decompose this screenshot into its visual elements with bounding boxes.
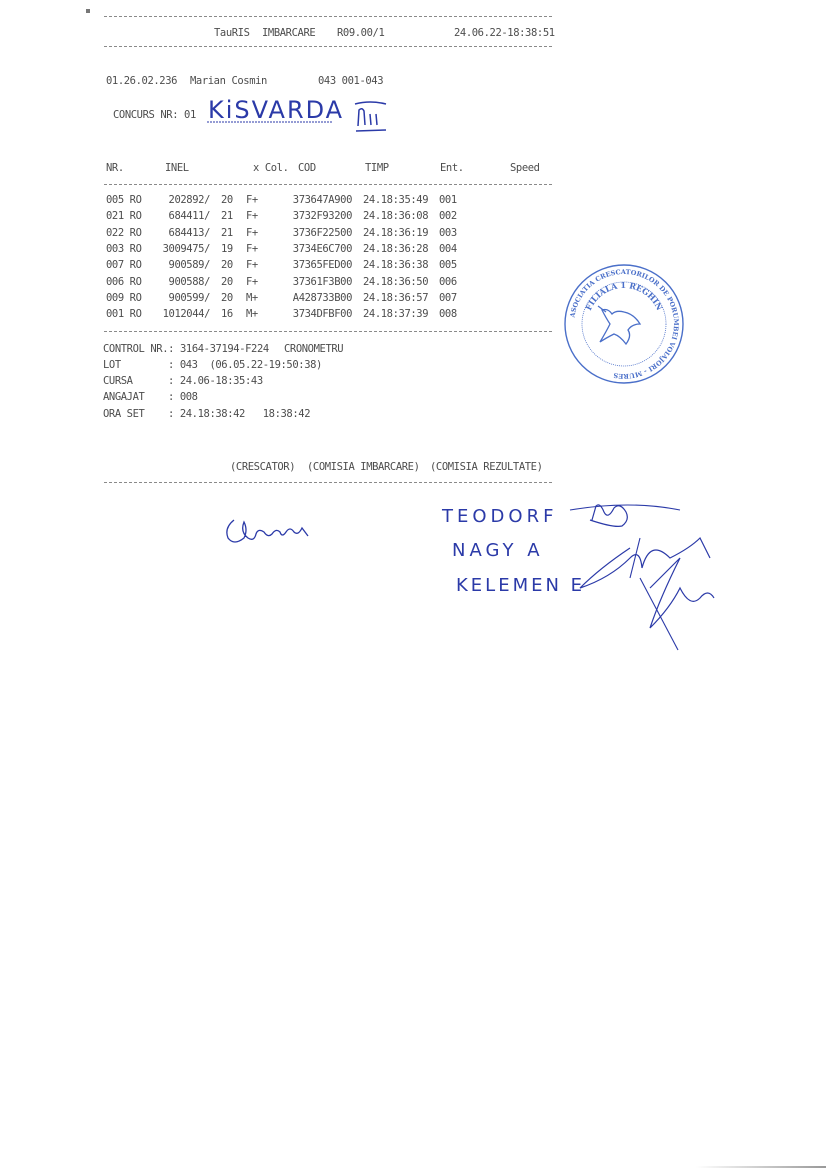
control-label: CONTROL NR.: [103, 343, 174, 355]
program-name: TauRIS [214, 27, 250, 39]
cell-ent: 006 [439, 276, 457, 288]
cell-cod: A428733B00 [293, 292, 352, 304]
dove-icon [598, 306, 640, 344]
cell-year: 21 [221, 210, 233, 222]
table-header-rule [104, 184, 552, 185]
cell-inel: 900589/ [169, 259, 210, 271]
cell-cod: 3732F93200 [293, 210, 352, 222]
commission-name-3: KELEMEN E [456, 575, 585, 596]
cell-sex: F+ [246, 243, 258, 255]
cell-inel: 202892/ [169, 194, 210, 206]
cursa-value: : 24.06-18:35:43 [168, 375, 263, 387]
cell-nr: 009 RO [106, 292, 142, 304]
col-ent: Ent. [440, 162, 464, 174]
fancier-name: Marian Cosmin [190, 75, 267, 87]
cell-ent: 001 [439, 194, 457, 206]
commission-name-1: TEODORF [442, 506, 557, 527]
version: R09.00/1 [337, 27, 384, 39]
cell-cod: 37361F3B00 [293, 276, 352, 288]
table-bottom-rule [104, 331, 552, 332]
cell-year: 20 [221, 194, 233, 206]
cell-timp: 24.18:36:38 [363, 259, 428, 271]
handwritten-underline [205, 120, 335, 124]
device-label: CRONOMETRU [284, 343, 343, 355]
cell-inel: 900588/ [169, 276, 210, 288]
cell-inel: 684413/ [169, 227, 210, 239]
cell-sex: F+ [246, 259, 258, 271]
cell-nr: 021 RO [106, 210, 142, 222]
fancier-code: 01.26.02.236 [106, 75, 177, 87]
header-rule [104, 46, 552, 47]
cell-nr: 001 RO [106, 308, 142, 320]
label-comisia-rezultate: (COMISIA REZULTATE) [430, 461, 543, 473]
table-row: 022 RO684413/21F+3736F2250024.18:36:1900… [0, 227, 826, 240]
cell-nr: 006 RO [106, 276, 142, 288]
label-crescator: (CRESCATOR) [230, 461, 295, 473]
crescator-signature [222, 510, 317, 550]
col-speed: Speed [510, 162, 540, 174]
ora-set-label: ORA SET [103, 408, 144, 420]
cell-ent: 005 [439, 259, 457, 271]
cell-timp: 24.18:35:49 [363, 194, 428, 206]
table-row: 009 RO900599/20M+A428733B0024.18:36:5700… [0, 292, 826, 305]
cell-sex: M+ [246, 308, 258, 320]
cell-nr: 003 RO [106, 243, 142, 255]
printed-at: 24.06.22-18:38:51 [454, 27, 555, 39]
commission-signatures-scribbles [570, 498, 720, 658]
cursa-label: CURSA [103, 375, 133, 387]
scan-mark [86, 9, 90, 13]
cell-nr: 005 RO [106, 194, 142, 206]
table-row: 003 RO3009475/19F+3734E6C70024.18:36:280… [0, 243, 826, 256]
col-timp: TIMP [365, 162, 389, 174]
cell-year: 21 [221, 227, 233, 239]
cell-timp: 24.18:36:50 [363, 276, 428, 288]
commission-name-2: NAGY A [452, 540, 544, 561]
association-stamp: ASOCIATIA CRESCATORILOR DE PORUMBEI VOIA… [562, 262, 686, 386]
cell-timp: 24.18:36:08 [363, 210, 428, 222]
cell-timp: 24.18:36:19 [363, 227, 428, 239]
cell-nr: 007 RO [106, 259, 142, 271]
cell-cod: 3734DFBF00 [293, 308, 352, 320]
control-value: 3164-37194-F224 [180, 343, 269, 355]
ora-set-value: : 24.18:38:42 18:38:42 [168, 408, 310, 420]
cell-timp: 24.18:36:28 [363, 243, 428, 255]
cell-timp: 24.18:37:39 [363, 308, 428, 320]
table-row: 021 RO684411/21F+3732F9320024.18:36:0800… [0, 210, 826, 223]
angajat-label: ANGAJAT [103, 391, 144, 403]
top-rule [104, 16, 552, 17]
cell-year: 20 [221, 276, 233, 288]
cell-year: 20 [221, 292, 233, 304]
cell-year: 16 [221, 308, 233, 320]
lot-label: LOT [103, 359, 121, 371]
cell-ent: 007 [439, 292, 457, 304]
doc-type: IMBARCARE [262, 27, 315, 39]
cell-sex: F+ [246, 210, 258, 222]
cell-sex: F+ [246, 276, 258, 288]
cell-nr: 022 RO [106, 227, 142, 239]
lot-value: : 043 (06.05.22-19:50:38) [168, 359, 322, 371]
col-x-col: x Col. [253, 162, 289, 174]
table-row: 001 RO1012044/16M+3734DFBF0024.18:37:390… [0, 308, 826, 321]
cell-cod: 3736F22500 [293, 227, 352, 239]
cell-year: 20 [221, 259, 233, 271]
col-inel: INEL [165, 162, 189, 174]
col-nr: NR. [106, 162, 124, 174]
cell-cod: 373647A900 [293, 194, 352, 206]
cell-sex: M+ [246, 292, 258, 304]
cell-inel: 1012044/ [163, 308, 210, 320]
cell-cod: 37365FED00 [293, 259, 352, 271]
cell-inel: 900599/ [169, 292, 210, 304]
cell-inel: 3009475/ [163, 243, 210, 255]
lot-range: 043 001-043 [318, 75, 383, 87]
signature-rule [104, 482, 552, 483]
cell-year: 19 [221, 243, 233, 255]
cell-sex: F+ [246, 227, 258, 239]
cell-ent: 008 [439, 308, 457, 320]
label-comisia-imbarcare: (COMISIA IMBARCARE) [307, 461, 420, 473]
cell-sex: F+ [246, 194, 258, 206]
cell-ent: 004 [439, 243, 457, 255]
col-cod: COD [298, 162, 316, 174]
cell-inel: 684411/ [169, 210, 210, 222]
table-row: 006 RO900588/20F+37361F3B0024.18:36:5000… [0, 276, 826, 289]
cell-cod: 3734E6C700 [293, 243, 352, 255]
handwritten-roman-mark [352, 100, 392, 134]
cell-timp: 24.18:36:57 [363, 292, 428, 304]
contest-label: CONCURS NR: 01 [113, 109, 196, 121]
cell-ent: 002 [439, 210, 457, 222]
angajat-value: : 008 [168, 391, 198, 403]
table-row: 005 RO202892/20F+373647A90024.18:35:4900… [0, 194, 826, 207]
cell-ent: 003 [439, 227, 457, 239]
table-row: 007 RO900589/20F+37365FED0024.18:36:3800… [0, 259, 826, 272]
